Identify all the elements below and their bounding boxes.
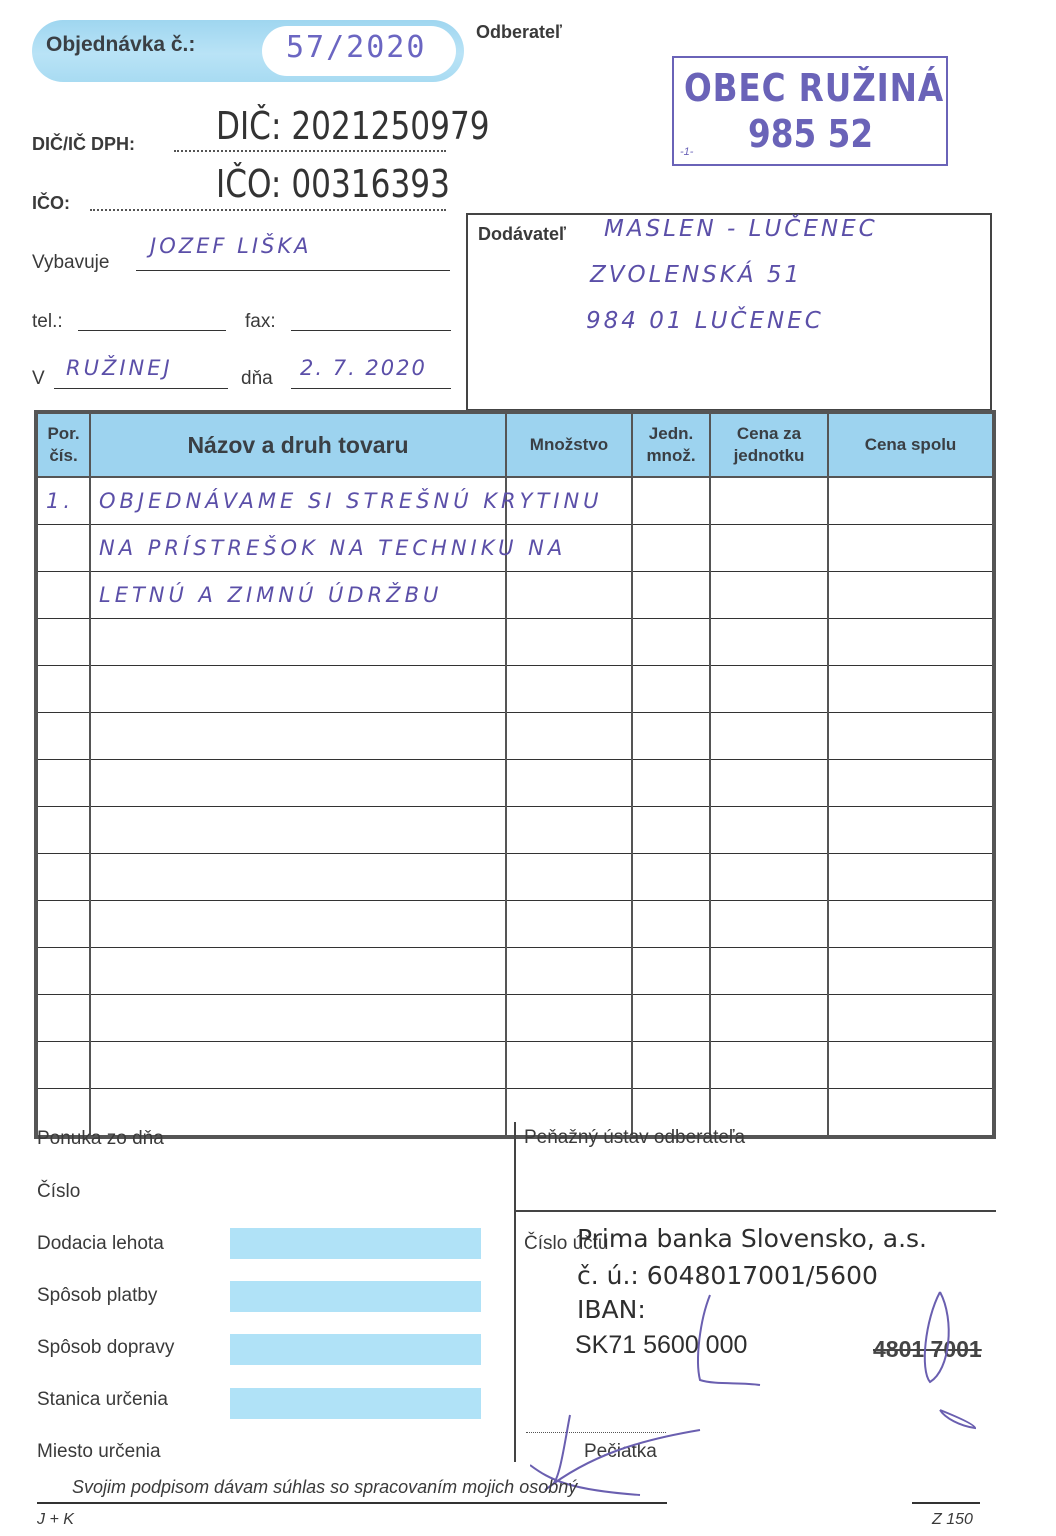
table-row — [36, 666, 994, 713]
row-total[interactable] — [828, 619, 994, 666]
row-total[interactable] — [828, 995, 994, 1042]
row-unit[interactable] — [632, 619, 710, 666]
destination-station-label: Stanica určenia — [37, 1389, 168, 1411]
place-line — [54, 388, 228, 389]
col-header-name: Názov a druh tovaru — [90, 412, 506, 477]
row-number[interactable] — [36, 760, 90, 807]
row-quantity[interactable] — [506, 1042, 632, 1089]
publisher-mark: J + K — [37, 1511, 74, 1529]
table-row — [36, 760, 994, 807]
destination-place-label: Miesto určenia — [37, 1441, 161, 1463]
col-header-total: Cena spolu — [828, 412, 994, 477]
row-number[interactable] — [36, 619, 90, 666]
row-total[interactable] — [828, 854, 994, 901]
row-number[interactable] — [36, 666, 90, 713]
row-unit[interactable] — [632, 1042, 710, 1089]
row-number[interactable] — [36, 901, 90, 948]
row-unit-price[interactable] — [710, 619, 828, 666]
row-item-name[interactable]: OBJEDNÁVAME SI STREŠNÚ KRYTINU — [90, 477, 506, 525]
items-table-header: Por. čís. Názov a druh tovaru Množstvo J… — [36, 412, 994, 477]
row-number[interactable] — [36, 525, 90, 572]
row-unit[interactable] — [632, 948, 710, 995]
ico-label: IČO: — [32, 193, 70, 214]
col-header-number: Por. čís. — [36, 412, 90, 477]
row-number[interactable] — [36, 572, 90, 619]
row-quantity[interactable] — [506, 807, 632, 854]
table-row — [36, 948, 994, 995]
row-unit-price[interactable] — [710, 713, 828, 760]
place-label: V — [32, 368, 45, 390]
row-unit-price[interactable] — [710, 572, 828, 619]
items-table: Por. čís. Názov a druh tovaru Množstvo J… — [34, 410, 996, 1139]
table-row: NA PRÍSTREŠOK NA TECHNIKU NA — [36, 525, 994, 572]
date-label: dňa — [241, 368, 273, 390]
row-quantity[interactable] — [506, 713, 632, 760]
handled-by-label: Vybavuje — [32, 252, 109, 274]
date-value[interactable]: 2. 7. 2020 — [300, 356, 427, 380]
row-unit[interactable] — [632, 995, 710, 1042]
row-unit[interactable] — [632, 477, 710, 525]
row-unit[interactable] — [632, 666, 710, 713]
row-quantity[interactable] — [506, 995, 632, 1042]
row-item-name[interactable] — [90, 666, 506, 713]
row-unit-price[interactable] — [710, 760, 828, 807]
row-unit-price[interactable] — [710, 666, 828, 713]
place-value[interactable]: RUŽINEJ — [66, 356, 173, 380]
row-unit-price[interactable] — [710, 854, 828, 901]
row-item-name[interactable] — [90, 760, 506, 807]
row-number[interactable] — [36, 948, 90, 995]
row-total[interactable] — [828, 901, 994, 948]
row-unit[interactable] — [632, 807, 710, 854]
table-row — [36, 1042, 994, 1089]
bank-name: Prima banka Slovensko, a.s. — [577, 1224, 927, 1253]
destination-station-field[interactable] — [230, 1388, 481, 1419]
payment-method-field[interactable] — [230, 1281, 481, 1312]
row-quantity[interactable] — [506, 854, 632, 901]
row-unit[interactable] — [632, 901, 710, 948]
row-unit-price[interactable] — [710, 477, 828, 525]
ico-value[interactable]: IČO: 00316393 — [216, 162, 450, 206]
row-number[interactable] — [36, 713, 90, 760]
consent-text: Svojim podpisom dávam súhlas so spracova… — [72, 1477, 577, 1498]
row-total[interactable] — [828, 713, 994, 760]
bank-section-divider — [514, 1122, 516, 1462]
bank-row-divider — [514, 1210, 996, 1212]
fax-label: fax: — [245, 311, 276, 333]
customer-stamp-name: OBEC RUŽINÁ — [684, 66, 944, 110]
ico-dotted-line — [90, 209, 446, 211]
fax-field[interactable] — [291, 330, 451, 331]
offer-date-label: Ponuka zo dňa — [37, 1128, 164, 1150]
row-item-name[interactable] — [90, 854, 506, 901]
supplier-name[interactable]: MASLEN - LUČENEC — [604, 216, 878, 242]
supplier-city[interactable]: 984 01 LUČENEC — [586, 308, 824, 334]
handled-by-value[interactable]: JOZEF LIŠKA — [150, 234, 312, 258]
row-total[interactable] — [828, 1042, 994, 1089]
col-header-unit-price: Cena za jednotku — [710, 412, 828, 477]
table-row: 1.OBJEDNÁVAME SI STREŠNÚ KRYTINU — [36, 477, 994, 525]
row-total[interactable] — [828, 948, 994, 995]
row-unit-price[interactable] — [710, 995, 828, 1042]
customer-stamp-mark: -1- — [680, 146, 693, 158]
row-unit-price[interactable] — [710, 948, 828, 995]
col-header-unit: Jedn. množ. — [632, 412, 710, 477]
table-row — [36, 619, 994, 666]
row-quantity[interactable] — [506, 948, 632, 995]
date-line — [291, 388, 451, 389]
payment-method-label: Spôsob platby — [37, 1285, 157, 1307]
row-quantity[interactable] — [506, 760, 632, 807]
row-number[interactable] — [36, 807, 90, 854]
delivery-time-field[interactable] — [230, 1228, 481, 1259]
row-unit-price[interactable] — [710, 525, 828, 572]
bank-institution-label: Peňažný ústav odberateľa — [524, 1127, 745, 1149]
transport-method-label: Spôsob dopravy — [37, 1337, 174, 1359]
table-row — [36, 995, 994, 1042]
row-quantity[interactable] — [506, 572, 632, 619]
row-total[interactable] — [828, 807, 994, 854]
footer-rule-left — [37, 1502, 667, 1504]
order-number-label: Objednávka č.: — [46, 33, 195, 57]
row-item-name[interactable] — [90, 995, 506, 1042]
row-total[interactable] — [828, 666, 994, 713]
table-row — [36, 807, 994, 854]
row-item-name[interactable] — [90, 948, 506, 995]
tel-label: tel.: — [32, 311, 63, 333]
row-unit-price[interactable] — [710, 1042, 828, 1089]
row-item-name[interactable] — [90, 619, 506, 666]
row-unit[interactable] — [632, 760, 710, 807]
row-quantity[interactable] — [506, 901, 632, 948]
row-item-name[interactable] — [90, 1042, 506, 1089]
row-number[interactable]: 1. — [36, 477, 90, 525]
row-item-name[interactable] — [90, 901, 506, 948]
table-row — [36, 854, 994, 901]
supplier-label: Dodávateľ — [478, 224, 566, 245]
table-row — [36, 713, 994, 760]
transport-method-field[interactable] — [230, 1334, 481, 1365]
row-total[interactable] — [828, 477, 994, 525]
row-item-name[interactable] — [90, 807, 506, 854]
row-unit[interactable] — [632, 525, 710, 572]
dic-value[interactable]: DIČ: 2021250979 — [216, 104, 490, 148]
handled-by-line — [136, 270, 450, 271]
row-unit[interactable] — [632, 854, 710, 901]
form-code: Z 150 — [932, 1511, 973, 1529]
row-number[interactable] — [36, 854, 90, 901]
col-header-quantity: Množstvo — [506, 412, 632, 477]
table-row — [36, 901, 994, 948]
row-item-name[interactable] — [90, 713, 506, 760]
row-total[interactable] — [828, 1089, 994, 1138]
footer-rule-right — [912, 1502, 980, 1504]
row-unit-price[interactable] — [710, 807, 828, 854]
row-unit-price[interactable] — [710, 901, 828, 948]
row-total[interactable] — [828, 760, 994, 807]
row-number[interactable] — [36, 995, 90, 1042]
delivery-time-label: Dodacia lehota — [37, 1233, 164, 1255]
row-quantity[interactable] — [506, 666, 632, 713]
tel-field[interactable] — [78, 330, 226, 331]
supplier-street[interactable]: ZVOLENSKÁ 51 — [590, 262, 802, 288]
customer-label: Odberateľ — [476, 22, 562, 43]
signature-icon — [530, 1290, 990, 1520]
dic-dotted-line — [174, 150, 446, 152]
table-row: LETNÚ A ZIMNÚ ÚDRŽBU — [36, 572, 994, 619]
row-total[interactable] — [828, 572, 994, 619]
number-label: Číslo — [37, 1181, 80, 1203]
row-total[interactable] — [828, 525, 994, 572]
row-quantity[interactable] — [506, 619, 632, 666]
bank-account-number: č. ú.: 6048017001/5600 — [577, 1261, 878, 1290]
row-item-name[interactable]: LETNÚ A ZIMNÚ ÚDRŽBU — [90, 572, 506, 619]
row-number[interactable] — [36, 1042, 90, 1089]
dic-label: DIČ/IČ DPH: — [32, 134, 135, 155]
order-number-value: 57/2020 — [286, 30, 426, 65]
customer-stamp-postcode: 985 52 — [748, 112, 873, 156]
row-item-name[interactable]: NA PRÍSTREŠOK NA TECHNIKU NA — [90, 525, 506, 572]
row-unit[interactable] — [632, 713, 710, 760]
row-unit[interactable] — [632, 572, 710, 619]
